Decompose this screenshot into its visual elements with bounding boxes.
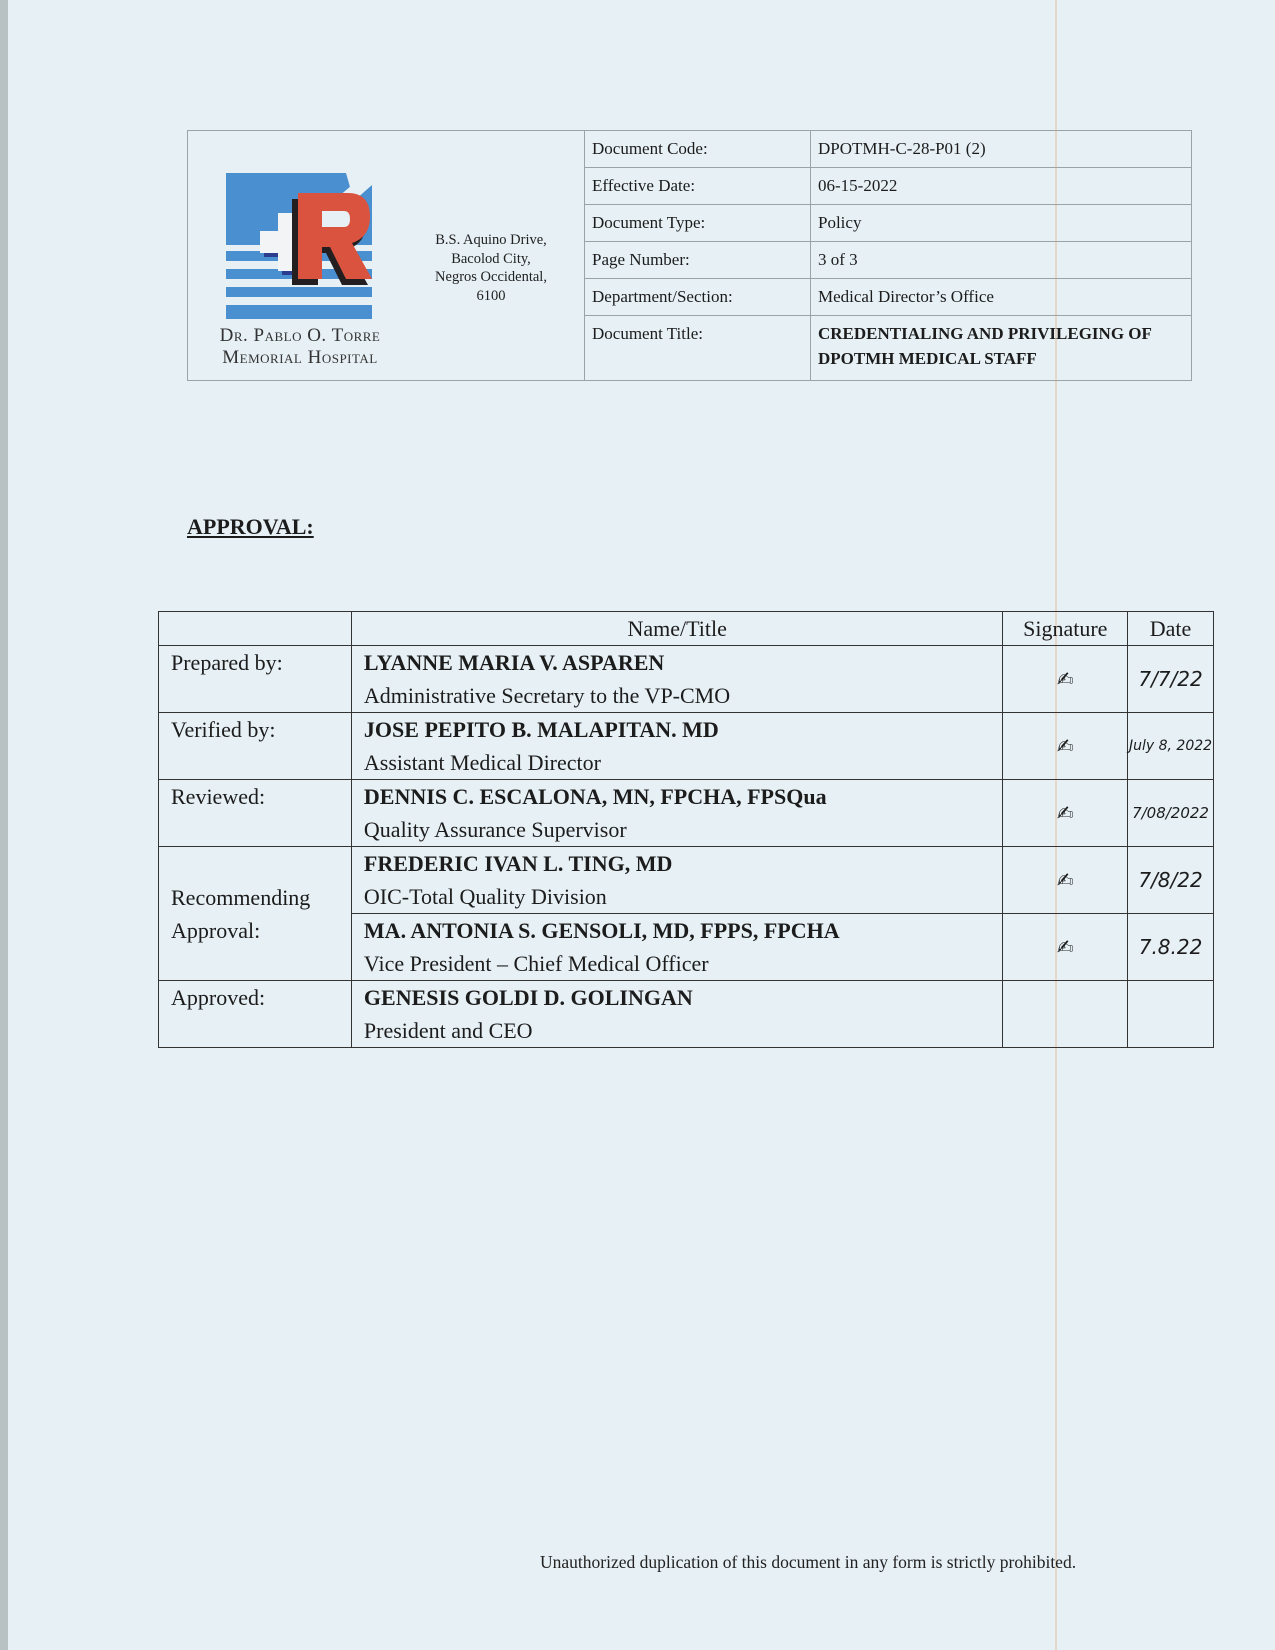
table-header-row: Name/Title Signature Date	[159, 612, 1214, 646]
hospital-cross-r-logo-icon	[226, 173, 380, 323]
meta-label: Page Number:	[585, 250, 810, 270]
signatory-name: LYANNE MARIA V. ASPAREN	[364, 646, 991, 679]
meta-label: Document Title:	[585, 322, 810, 344]
footer-notice: Unauthorized duplication of this documen…	[540, 1552, 1076, 1573]
meta-row-effective-date: Effective Date: 06-15-2022	[585, 168, 1191, 205]
signatory-title: Quality Assurance Supervisor	[364, 813, 991, 846]
name-title-cell: FREDERIC IVAN L. TING, MDOIC-Total Quali…	[351, 847, 1003, 914]
signatory-name: GENESIS GOLDI D. GOLINGAN	[364, 981, 991, 1014]
date-cell: 7/7/22	[1128, 646, 1214, 713]
handwritten-signature-icon: ✍	[1057, 868, 1074, 892]
column-header-date: Date	[1128, 612, 1214, 646]
role-cell: Approved:	[159, 981, 352, 1048]
scan-edge	[0, 0, 8, 1650]
signature-cell: ✍	[1003, 780, 1128, 847]
signature-cell: ✍	[1003, 646, 1128, 713]
address-line: Negros Occidental,	[416, 268, 566, 287]
table-row: Verified by: JOSE PEPITO B. MALAPITAN. M…	[159, 713, 1214, 780]
column-header-signature: Signature	[1003, 612, 1128, 646]
table-row: Recommending Approval: FREDERIC IVAN L. …	[159, 847, 1214, 914]
signature-cell	[1003, 981, 1128, 1048]
table-row: Reviewed: DENNIS C. ESCALONA, MN, FPCHA,…	[159, 780, 1214, 847]
address-line: B.S. Aquino Drive,	[416, 231, 566, 250]
handwritten-signature-icon: ✍	[1057, 734, 1074, 758]
signatory-name: MA. ANTONIA S. GENSOLI, MD, FPPS, FPCHA	[364, 914, 991, 947]
meta-row-document-type: Document Type: Policy	[585, 205, 1191, 242]
meta-value: Medical Director’s Office	[810, 279, 1191, 315]
role-cell: Prepared by:	[159, 646, 352, 713]
signatory-title: President and CEO	[364, 1014, 991, 1047]
name-title-cell: GENESIS GOLDI D. GOLINGANPresident and C…	[351, 981, 1003, 1048]
meta-label: Effective Date:	[585, 176, 810, 196]
handwritten-signature-icon: ✍	[1057, 935, 1074, 959]
table-row: Approved: GENESIS GOLDI D. GOLINGANPresi…	[159, 981, 1214, 1048]
meta-row-document-code: Document Code: DPOTMH-C-28-P01 (2)	[585, 131, 1191, 168]
signatory-name: DENNIS C. ESCALONA, MN, FPCHA, FPSQua	[364, 780, 991, 813]
meta-row-department: Department/Section: Medical Director’s O…	[585, 279, 1191, 316]
approval-table: Name/Title Signature Date Prepared by: L…	[158, 611, 1214, 1048]
meta-row-document-title: Document Title: CREDENTIALING AND PRIVIL…	[585, 316, 1191, 380]
name-title-cell: MA. ANTONIA S. GENSOLI, MD, FPPS, FPCHAV…	[351, 914, 1003, 981]
column-header	[159, 612, 352, 646]
signatory-name: JOSE PEPITO B. MALAPITAN. MD	[364, 713, 991, 746]
role-cell: Recommending Approval:	[159, 847, 352, 981]
approval-heading: APPROVAL:	[187, 514, 314, 540]
document-header: Dr. Pablo O. Torre Memorial Hospital B.S…	[187, 130, 1192, 381]
hospital-name: Dr. Pablo O. Torre Memorial Hospital	[200, 325, 400, 369]
date-cell: 7.8.22	[1128, 914, 1214, 981]
table-row: Prepared by: LYANNE MARIA V. ASPARENAdmi…	[159, 646, 1214, 713]
date-cell: 7/8/22	[1128, 847, 1214, 914]
meta-label: Document Type:	[585, 213, 810, 233]
handwritten-signature-icon: ✍	[1057, 801, 1074, 825]
date-cell: 7/08/2022	[1128, 780, 1214, 847]
name-title-cell: LYANNE MARIA V. ASPARENAdministrative Se…	[351, 646, 1003, 713]
meta-value: 3 of 3	[810, 242, 1191, 278]
meta-value: CREDENTIALING AND PRIVILEGING OF DPOTMH …	[810, 316, 1191, 380]
role-cell: Reviewed:	[159, 780, 352, 847]
document-meta-table: Document Code: DPOTMH-C-28-P01 (2) Effec…	[585, 131, 1191, 380]
signature-cell: ✍	[1003, 847, 1128, 914]
signatory-title: OIC-Total Quality Division	[364, 880, 991, 913]
handwritten-signature-icon: ✍	[1057, 667, 1074, 691]
hospital-address: B.S. Aquino Drive, Bacolod City, Negros …	[416, 231, 566, 305]
signature-cell: ✍	[1003, 713, 1128, 780]
meta-row-page-number: Page Number: 3 of 3	[585, 242, 1191, 279]
address-line: 6100	[416, 287, 566, 306]
date-cell	[1128, 981, 1214, 1048]
meta-value: 06-15-2022	[810, 168, 1191, 204]
hospital-name-line2: Memorial Hospital	[200, 347, 400, 369]
signatory-title: Administrative Secretary to the VP-CMO	[364, 679, 991, 712]
meta-value: DPOTMH-C-28-P01 (2)	[810, 131, 1191, 167]
name-title-cell: DENNIS C. ESCALONA, MN, FPCHA, FPSQuaQua…	[351, 780, 1003, 847]
role-cell: Verified by:	[159, 713, 352, 780]
address-line: Bacolod City,	[416, 250, 566, 269]
signatory-title: Assistant Medical Director	[364, 746, 991, 779]
date-cell: July 8, 2022	[1128, 713, 1214, 780]
meta-label: Department/Section:	[585, 287, 810, 307]
name-title-cell: JOSE PEPITO B. MALAPITAN. MDAssistant Me…	[351, 713, 1003, 780]
hospital-name-line1: Dr. Pablo O. Torre	[200, 325, 400, 347]
signatory-name: FREDERIC IVAN L. TING, MD	[364, 847, 991, 880]
meta-label: Document Code:	[585, 139, 810, 159]
column-header-name-title: Name/Title	[351, 612, 1003, 646]
signature-cell: ✍	[1003, 914, 1128, 981]
hospital-block: Dr. Pablo O. Torre Memorial Hospital B.S…	[188, 131, 585, 380]
signatory-title: Vice President – Chief Medical Officer	[364, 947, 991, 980]
meta-value: Policy	[810, 205, 1191, 241]
